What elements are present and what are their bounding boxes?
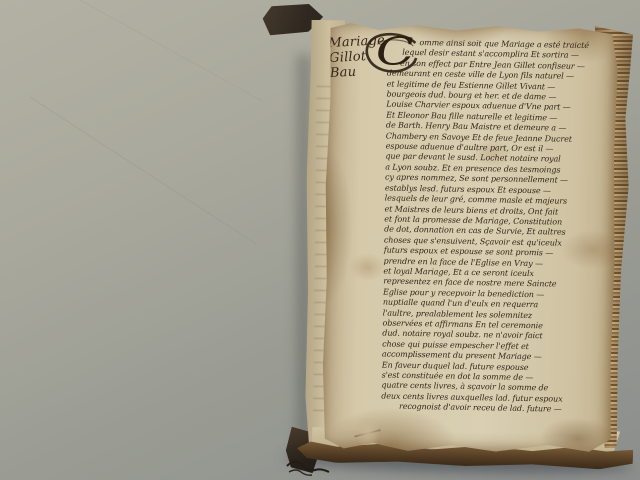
manuscript-text-block: omme ainsi soit que Mariage a esté traic…	[381, 38, 616, 420]
background-scratch	[79, 0, 263, 102]
binding-cords	[283, 452, 335, 478]
photo-of-manuscript: MariageGillotBau C omme ainsi soit que M…	[0, 0, 640, 480]
background-scratch	[30, 97, 257, 245]
manuscript-page: MariageGillotBau C omme ainsi soit que M…	[320, 21, 619, 456]
